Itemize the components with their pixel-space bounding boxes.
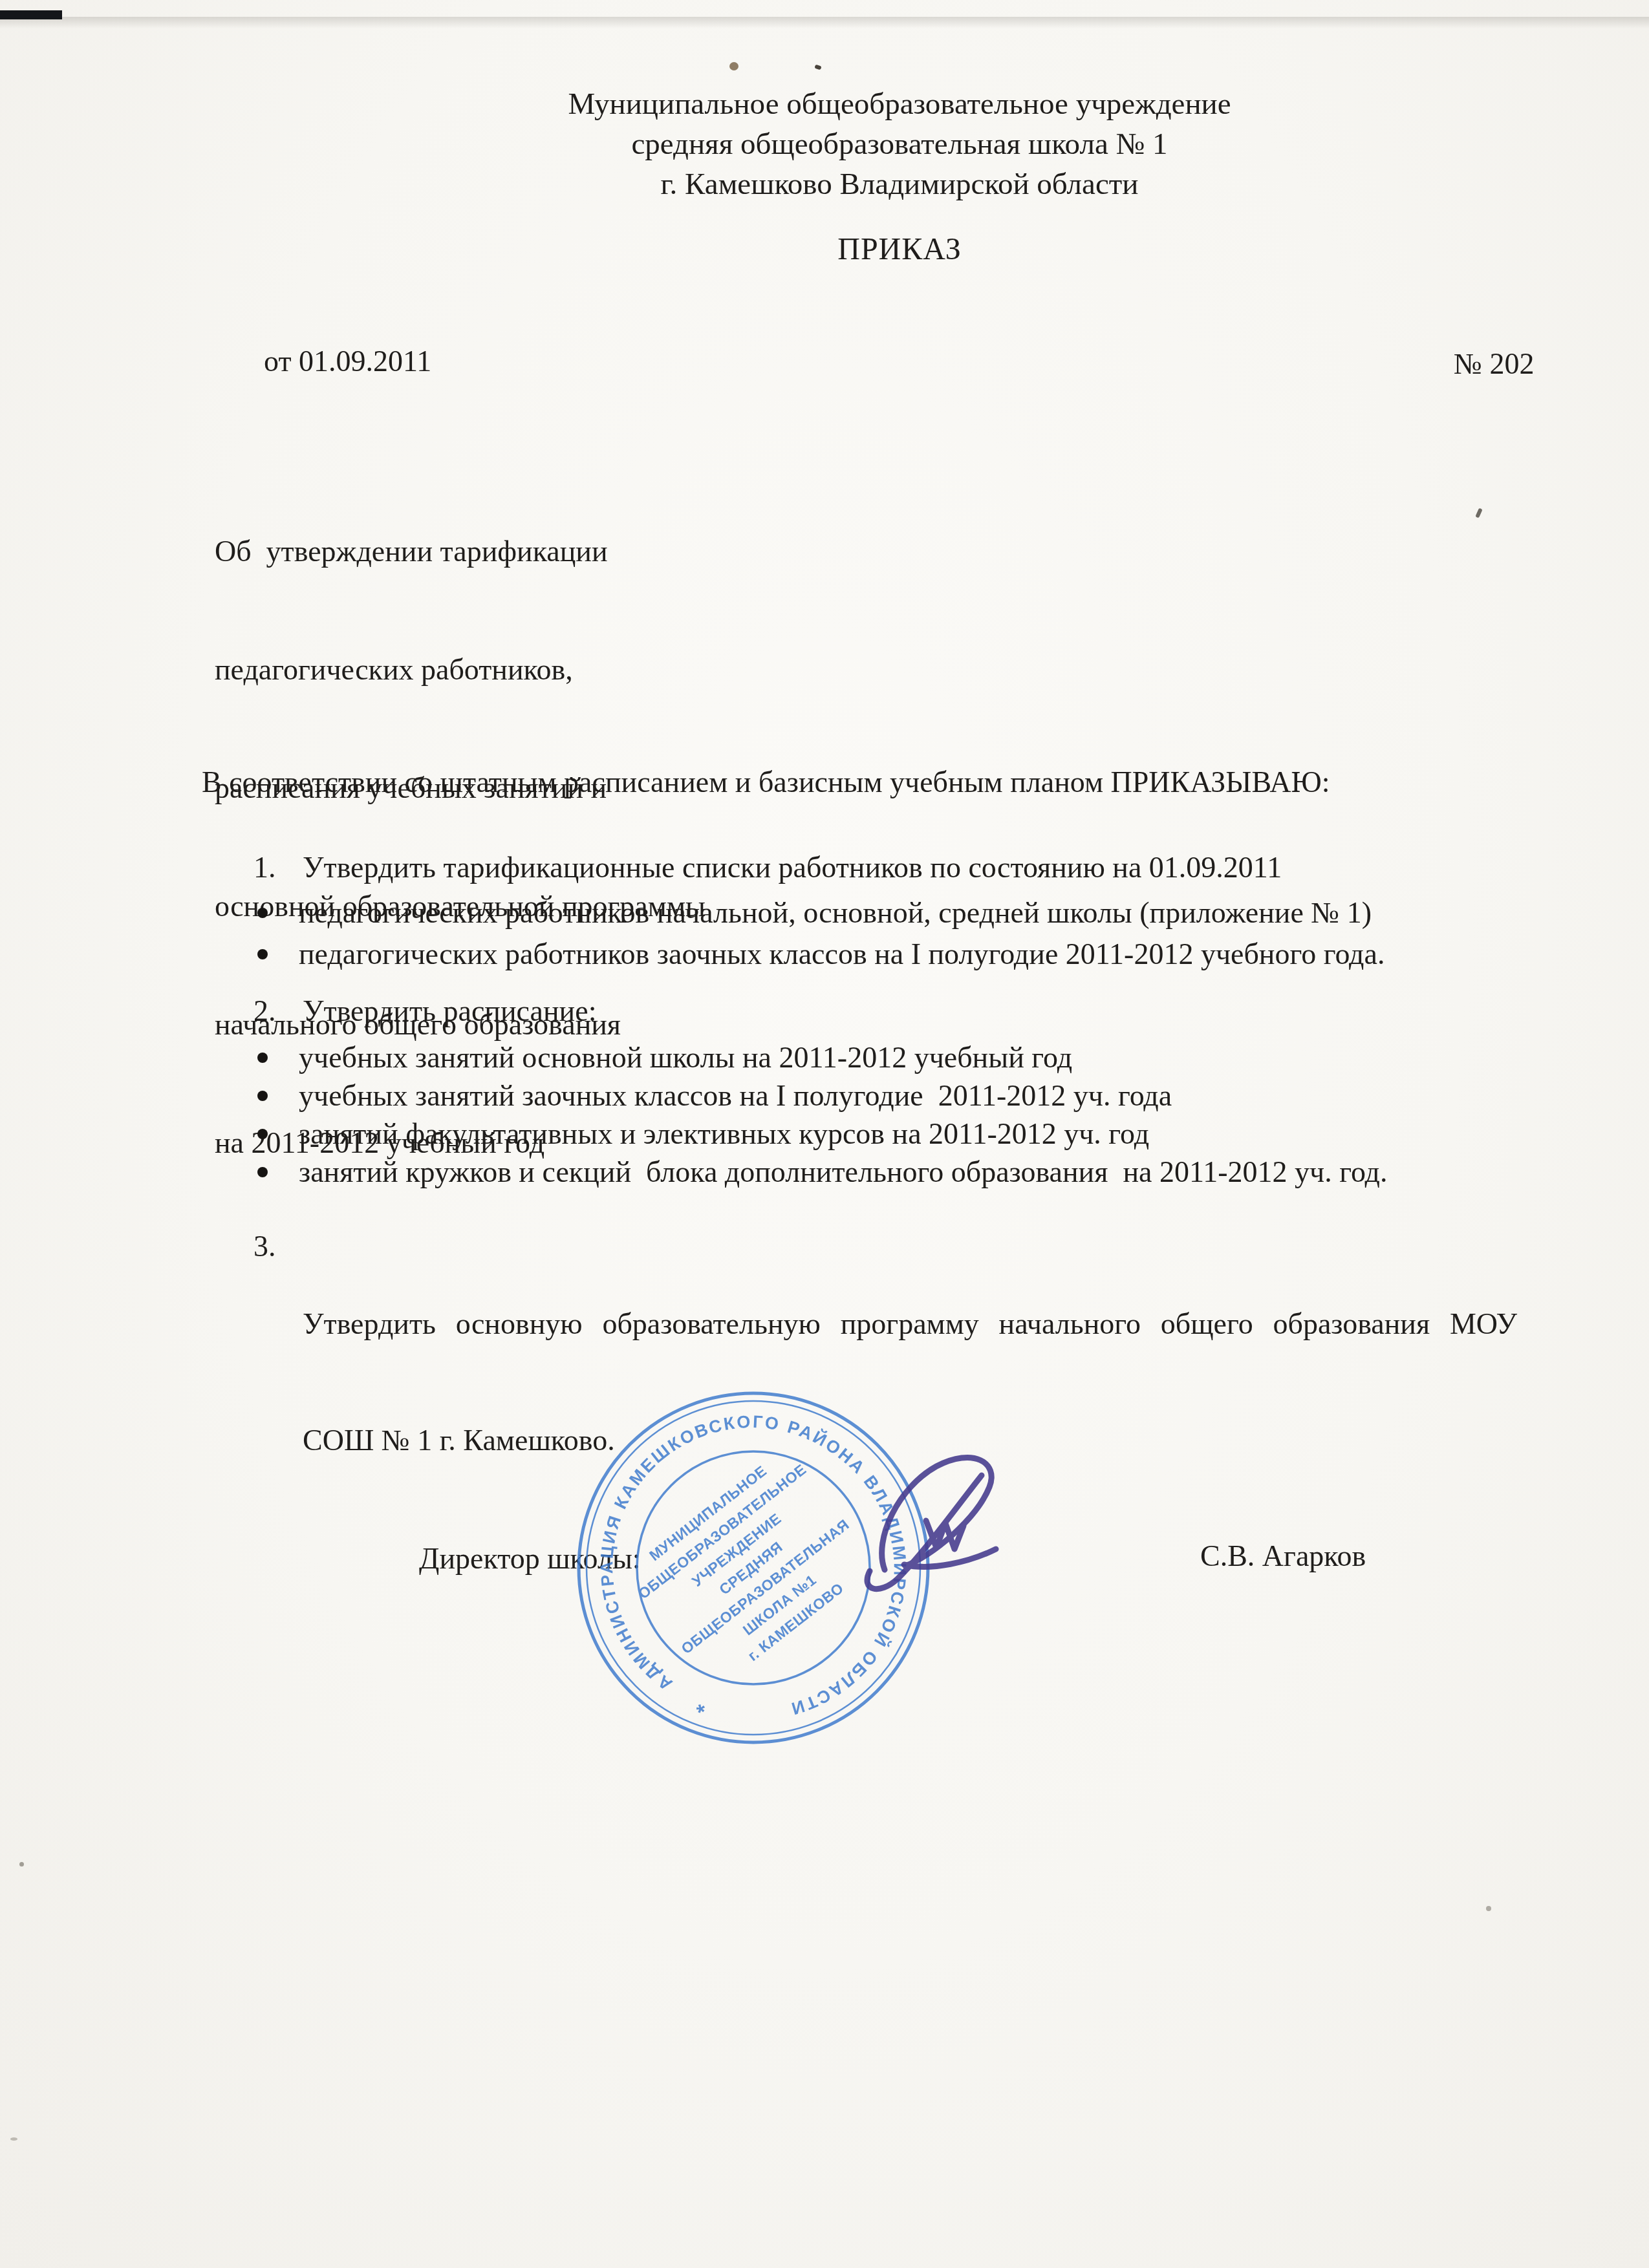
stamp-center-block: МУНИЦИПАЛЬНОЕ ОБЩЕОБРАЗОВАТЕЛЬНОЕ УЧРЕЖД… bbox=[621, 1440, 885, 1694]
bullet-text: учебных занятий заочных классов на I пол… bbox=[299, 1076, 1172, 1115]
order-item-1: 1. Утвердить тарификационные списки рабо… bbox=[253, 848, 1282, 887]
list-item: педагогических работников заочных классо… bbox=[257, 935, 1385, 974]
item-number: 1. bbox=[253, 848, 303, 887]
paper-speck bbox=[1486, 1906, 1491, 1911]
bullet-icon bbox=[257, 1091, 268, 1101]
scan-artifact-corner-bar bbox=[0, 10, 62, 19]
paper-speck bbox=[1475, 508, 1483, 518]
item-text: Утвердить тарификационные списки работни… bbox=[303, 848, 1282, 887]
scan-edge-streak bbox=[0, 17, 1649, 28]
intro-paragraph: В соответствии со штатным расписанием и … bbox=[202, 763, 1547, 802]
list-item: занятий факультативных и элективных курс… bbox=[257, 1115, 1149, 1153]
org-line-1: Муниципальное общеобразовательное учрежд… bbox=[150, 84, 1649, 124]
org-line-2: средняя общеобразовательная школа № 1 bbox=[150, 124, 1649, 164]
bullet-text: педагогических работников начальной, осн… bbox=[299, 893, 1372, 932]
organization-header: Муниципальное общеобразовательное учрежд… bbox=[0, 84, 1649, 204]
paper-speck bbox=[814, 65, 821, 70]
document-title: ПРИКАЗ bbox=[0, 231, 1649, 267]
stamp-center-caption: МУНИЦИПАЛЬНОЕ ОБЩЕОБРАЗОВАТЕЛЬНОЕ УЧРЕЖД… bbox=[621, 1440, 885, 1694]
bullet-icon bbox=[257, 1053, 268, 1063]
item-number: 2. bbox=[253, 992, 303, 1031]
bullet-icon bbox=[257, 908, 268, 918]
list-item: педагогических работников начальной, осн… bbox=[257, 893, 1372, 932]
stamp-separator-star: * bbox=[693, 1692, 711, 1718]
round-stamp: АДМИНИСТРАЦИЯ КАМЕШКОВСКОГО РАЙОНА ВЛАДИ… bbox=[579, 1393, 928, 1742]
paper-speck bbox=[10, 2137, 17, 2141]
stamp-svg: АДМИНИСТРАЦИЯ КАМЕШКОВСКОГО РАЙОНА ВЛАДИ… bbox=[556, 1384, 1035, 1759]
item-text-line: Утвердить основную образовательную прогр… bbox=[303, 1305, 1517, 1343]
bullet-text: занятий кружков и секций блока дополните… bbox=[299, 1153, 1387, 1192]
order-item-2: 2. Утвердить расписание: bbox=[253, 992, 596, 1031]
signature-name: С.В. Агарков bbox=[1200, 1539, 1366, 1573]
list-item: учебных занятий основной школы на 2011-2… bbox=[257, 1038, 1072, 1077]
subject-line: педагогических работников, bbox=[215, 650, 706, 689]
handwritten-signature bbox=[867, 1457, 996, 1589]
item-number: 3. bbox=[253, 1227, 303, 1266]
item-text: Утвердить расписание: bbox=[303, 992, 596, 1031]
paper-speck bbox=[729, 62, 738, 70]
bullet-text: педагогических работников заочных классо… bbox=[299, 935, 1385, 974]
list-item: занятий кружков и секций блока дополните… bbox=[257, 1153, 1387, 1192]
subject-line: Об утверждении тарификации bbox=[215, 531, 706, 571]
official-stamp-and-signature: АДМИНИСТРАЦИЯ КАМЕШКОВСКОГО РАЙОНА ВЛАДИ… bbox=[556, 1384, 1035, 1759]
org-line-3: г. Камешково Владимирской области bbox=[150, 164, 1649, 204]
bullet-icon bbox=[257, 949, 268, 959]
bullet-text: занятий факультативных и элективных курс… bbox=[299, 1115, 1149, 1153]
bullet-text: учебных занятий основной школы на 2011-2… bbox=[299, 1038, 1072, 1077]
order-number: № 202 bbox=[1454, 347, 1534, 381]
bullet-icon bbox=[257, 1167, 268, 1177]
list-item: учебных занятий заочных классов на I пол… bbox=[257, 1076, 1172, 1115]
order-date: от 01.09.2011 bbox=[264, 344, 431, 378]
paper-speck bbox=[19, 1862, 24, 1867]
bullet-icon bbox=[257, 1129, 268, 1139]
scanned-order-page: Муниципальное общеобразовательное учрежд… bbox=[0, 0, 1649, 2268]
